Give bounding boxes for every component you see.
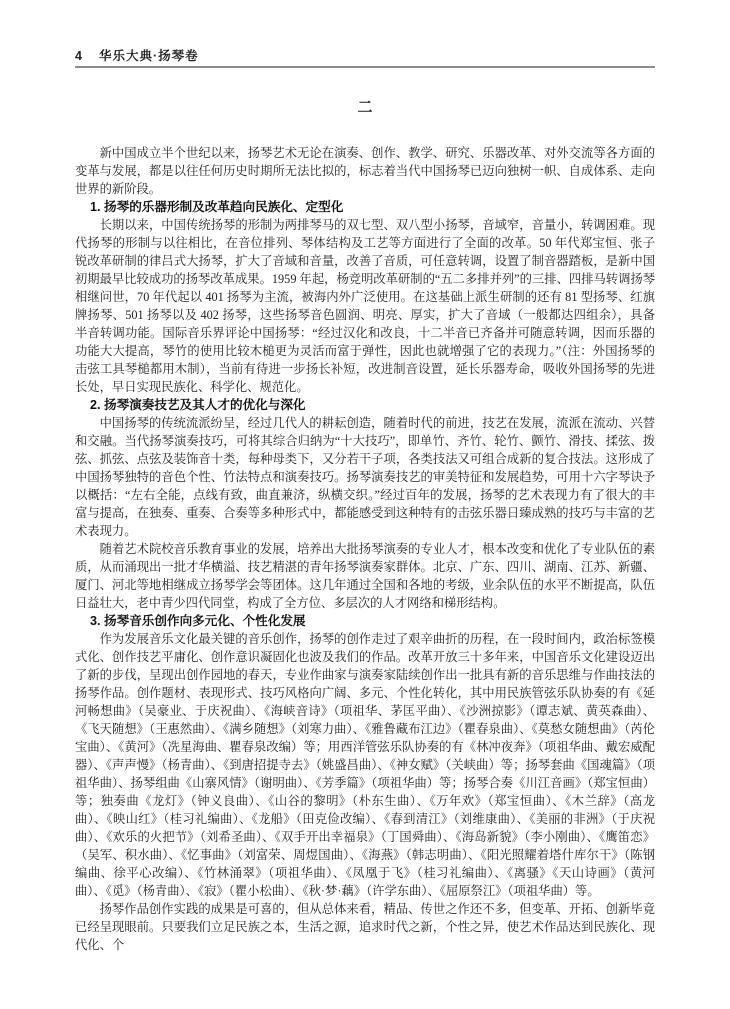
- instrument-reform-paragraph: 长期以来，中国传统扬琴的形制为两排琴马的双七型、双八型小扬琴，音域窄，音量小，转…: [75, 216, 655, 396]
- sub-heading-1: 1. 扬琴的乐器形制及改革趋向民族化、定型化: [75, 198, 655, 216]
- section-title: 二: [0, 96, 730, 117]
- talent-paragraph: 随着艺术院校音乐教育事业的发展，培养出大批扬琴演奏的专业人才，根本改变和优化了专…: [75, 540, 655, 612]
- body-text: 新中国成立半个世纪以来，扬琴艺术无论在演奏、创作、教学、研究、乐器改革、对外交流…: [75, 144, 655, 954]
- sub-heading-2: 2. 扬琴演奏技艺及其人才的优化与深化: [75, 396, 655, 414]
- book-page: 4华乐大典·扬琴卷 二 新中国成立半个世纪以来，扬琴艺术无论在演奏、创作、教学、…: [0, 0, 730, 1009]
- closing-paragraph: 扬琴作品创作实践的成果是可喜的，但从总体来看，精品、传世之作还不多，但变革、开拓…: [75, 900, 655, 954]
- performance-technique-paragraph: 中国扬琴的传统流派纷呈，经过几代人的耕耘创造，随着时代的前进，技艺在发展，流派在…: [75, 414, 655, 540]
- running-header: 4华乐大典·扬琴卷: [75, 46, 655, 64]
- page-number: 4: [75, 49, 83, 63]
- intro-paragraph: 新中国成立半个世纪以来，扬琴艺术无论在演奏、创作、教学、研究、乐器改革、对外交流…: [75, 144, 655, 198]
- book-title: 华乐大典·扬琴卷: [99, 49, 199, 63]
- sub-heading-3: 3. 扬琴音乐创作向多元化、个性化发展: [75, 612, 655, 630]
- composition-paragraph: 作为发展音乐文化最关键的音乐创作，扬琴的创作走过了艰辛曲折的历程，在一段时间内，…: [75, 630, 655, 900]
- header-divider: [75, 66, 655, 68]
